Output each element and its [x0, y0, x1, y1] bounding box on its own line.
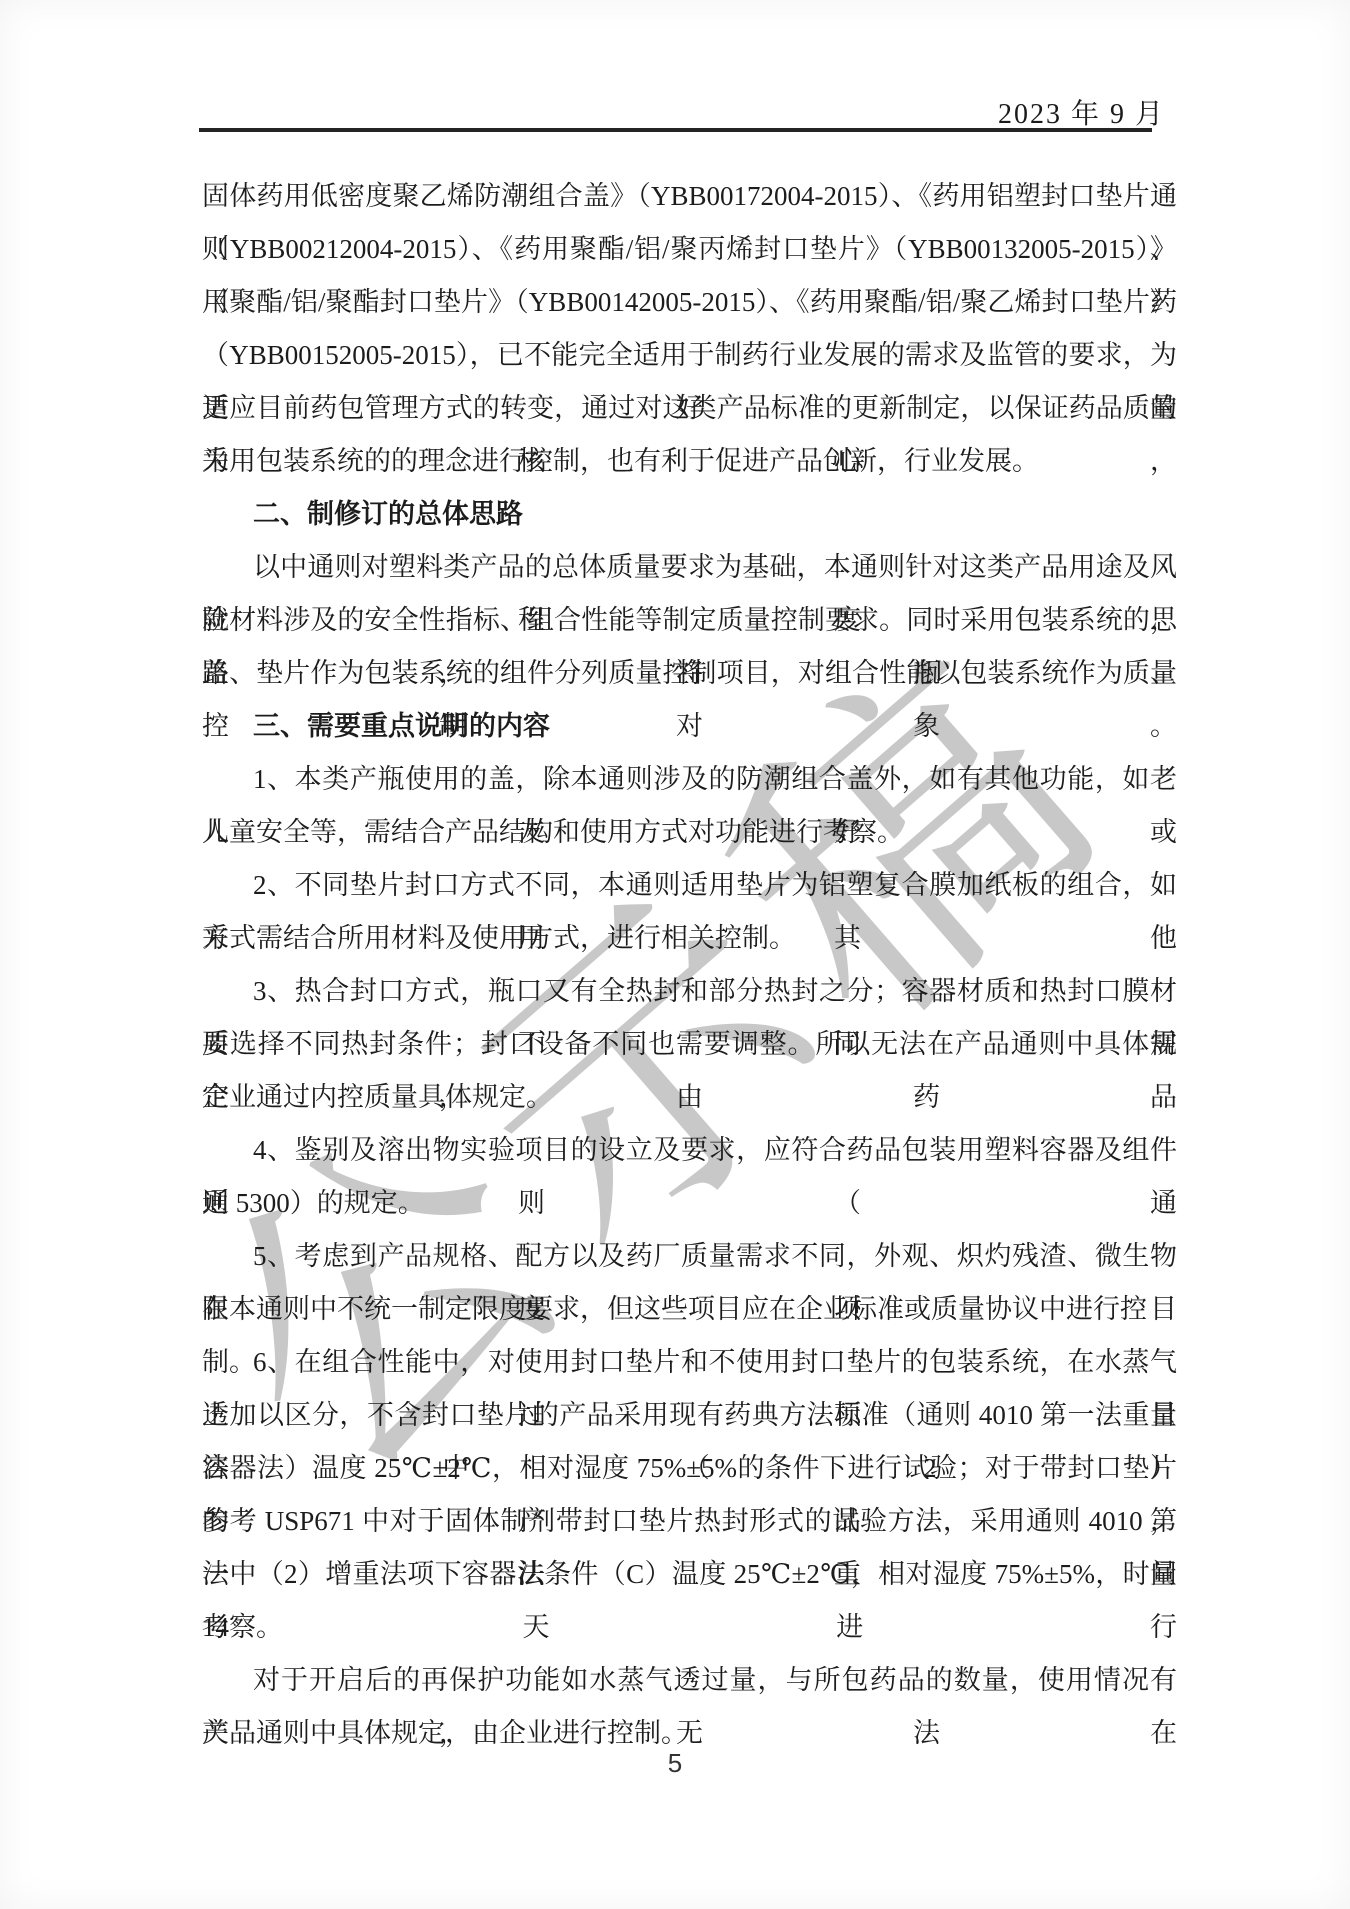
text-line: 在本通则中不统一制定限度要求，但这些项目应在企业标准或质量协议中进行控制。 — [202, 1283, 1177, 1336]
text-line: 固体药用低密度聚乙烯防潮组合盖》（YBB00172004-2015）、《药用铝塑… — [202, 170, 1177, 223]
text-line: 3、热合封口方式，瓶口又有全热封和部分热封之分；容器材质和热封口膜材质不同需 — [202, 965, 1177, 1018]
document-page: 2023 年 9 月 公示稿 固体药用低密度聚乙烯防潮组合盖》（YBB00172… — [0, 0, 1350, 1909]
text-line: 对于开启后的再保护功能如水蒸气透过量，与所包药品的数量，使用情况有关，无法在 — [202, 1654, 1177, 1707]
text-line: 4、鉴别及溶出物实验项目的设立及要求，应符合药品包装用塑料容器及组件通则（通 — [202, 1124, 1177, 1177]
text-line: 采用包装系统的的理念进行控制，也有利于促进产品创新，行业发展。 — [202, 435, 1177, 488]
text-line: 6、在组合性能中，对使用封口垫片和不使用封口垫片的包装系统，在水蒸气透过项目 — [202, 1336, 1177, 1389]
text-line: 适应目前药包管理方式的转变，通过对这类产品标准的更新制定，以保证药品质量为核心， — [202, 382, 1177, 435]
page-header-date: 2023 年 9 月 — [998, 92, 1165, 132]
page-number: 5 — [0, 1748, 1350, 1779]
text-line: 1、本类产瓶使用的盖，除本通则涉及的防潮组合盖外，如有其他功能，如老人友好或 — [202, 753, 1177, 806]
text-line: 就材料涉及的安全性指标、组合性能等制定质量控制要求。同时采用包装系统的思路，将瓶… — [202, 594, 1177, 647]
header-rule — [199, 128, 1152, 132]
text-line: 二、制修订的总体思路 — [202, 488, 1177, 541]
text-line: 参考 USP671 中对于固体制剂带封口垫片热封形式的试验方法，采用通则 401… — [202, 1495, 1177, 1548]
text-line: 容器法）温度 25℃±2℃，相对湿度 75%±5%的条件下进行试验；对于带封口垫… — [202, 1442, 1177, 1495]
text-line: 5、考虑到产品规格、配方以及药厂质量需求不同，外观、炽灼残渣、微生物限度项目 — [202, 1230, 1177, 1283]
text-line: 2、不同垫片封口方式不同，本通则适用垫片为铝塑复合膜加纸板的组合，如采用其他 — [202, 859, 1177, 912]
text-line: 上加以区分，不含封口垫片的产品采用现有药典方法标准（通则 4010 第一法重量法… — [202, 1389, 1177, 1442]
text-line: 盖、垫片作为包装系统的组件分列质量控制项目，对组合性能以包装系统作为质量控制对象… — [202, 647, 1177, 700]
text-line: 要选择不同热封条件；封口设备不同也需要调整。所以无法在产品通则中具体规定，由药品 — [202, 1018, 1177, 1071]
text-line: 用聚酯/铝/聚酯封口垫片》（YBB00142005-2015）、《药用聚酯/铝/… — [202, 276, 1177, 329]
text-line: （YBB00212004-2015）、《药用聚酯/铝/聚丙烯封口垫片》（YBB0… — [202, 223, 1177, 276]
body-text: 固体药用低密度聚乙烯防潮组合盖》（YBB00172004-2015）、《药用铝塑… — [202, 170, 1177, 1760]
text-line: 法中（2）增重法项下容器法条件（C）温度 25℃±2℃，相对湿度 75%±5%，… — [202, 1548, 1177, 1601]
text-line: （YBB00152005-2015），已不能完全适用于制药行业发展的需求及监管的… — [202, 329, 1177, 382]
text-line: 以中通则对塑料类产品的总体质量要求为基础，本通则针对这类产品用途及风险程度， — [202, 541, 1177, 594]
